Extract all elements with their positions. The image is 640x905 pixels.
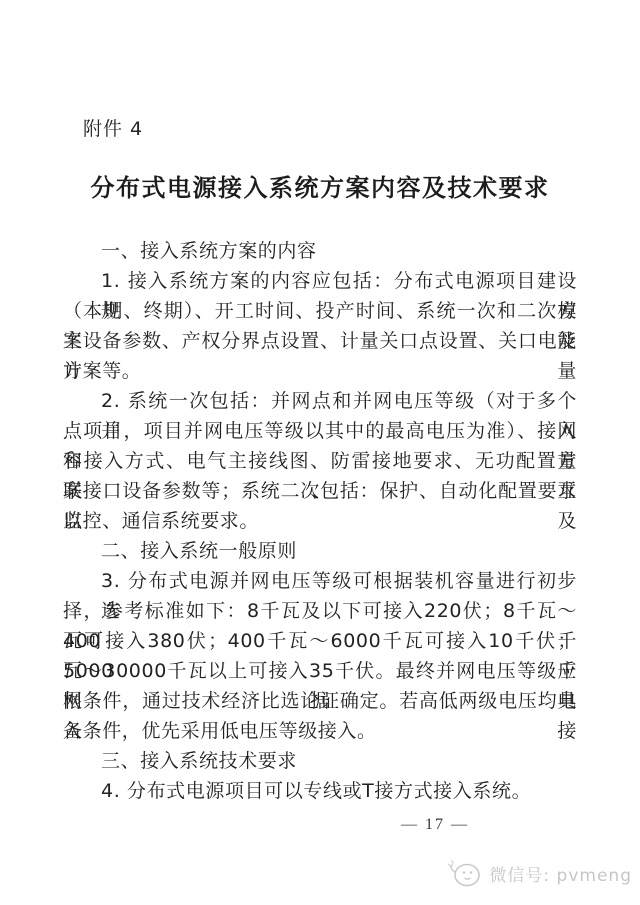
body-line: 3. 分布式电源并网电压等级可根据装机容量进行初步选 xyxy=(63,566,577,596)
section-heading: 一、接入系统方案的内容 xyxy=(63,236,577,266)
body-line: 瓦可接入380伏；400千瓦～6000千瓦可接入10千伏；5000千 xyxy=(63,626,577,656)
body-line: 择，参考标准如下：8千瓦及以下可接入220伏；8千瓦～400千 xyxy=(63,596,577,626)
watermark: 微信号: pvmeng xyxy=(445,857,632,889)
body-line: （本期、终期）、开工时间、投产时间、系统一次和二次方案及 xyxy=(63,296,577,326)
watermark-label: 微信号: pvmeng xyxy=(489,861,632,886)
body-line: 4. 分布式电源项目可以专线或T接方式接入系统。 xyxy=(63,776,577,806)
body-line: 联接口设备参数等；系统二次包括：保护、自动化配置要求以及 xyxy=(63,476,577,506)
document-title: 分布式电源接入系统方案内容及技术要求 xyxy=(0,168,640,203)
page-number: — 17 — xyxy=(0,816,640,834)
body-line: 网条件，通过技术经济比选论证确定。若高低两级电压均具备接 xyxy=(63,686,577,716)
body-line: 1. 接入系统方案的内容应包括：分布式电源项目建设规模 xyxy=(63,266,577,296)
body-line: 2. 系统一次包括：并网点和并网电压等级（对于多个并网 xyxy=(63,386,577,416)
body-line: 和接入方式、电气主接线图、防雷接地要求、无功配置方案、互 xyxy=(63,446,577,476)
body-line: 瓦～30000千瓦以上可接入35千伏。最终并网电压等级应根据电 xyxy=(63,656,577,686)
section-heading: 三、接入系统技术要求 xyxy=(63,746,577,776)
section-heading: 二、接入系统一般原则 xyxy=(63,536,577,566)
wechat-mascot-icon xyxy=(445,857,485,889)
body-line: 主设备参数、产权分界点设置、计量关口点设置、关口电能计量 xyxy=(63,326,577,356)
document-page: 附件 4 分布式电源接入系统方案内容及技术要求 一、接入系统方案的内容1. 接入… xyxy=(0,0,640,905)
document-body: 一、接入系统方案的内容1. 接入系统方案的内容应包括：分布式电源项目建设规模（本… xyxy=(63,236,577,806)
body-line: 点项目，项目并网电压等级以其中的最高电压为准）、接入容量 xyxy=(63,416,577,446)
attachment-label: 附件 4 xyxy=(83,114,143,141)
